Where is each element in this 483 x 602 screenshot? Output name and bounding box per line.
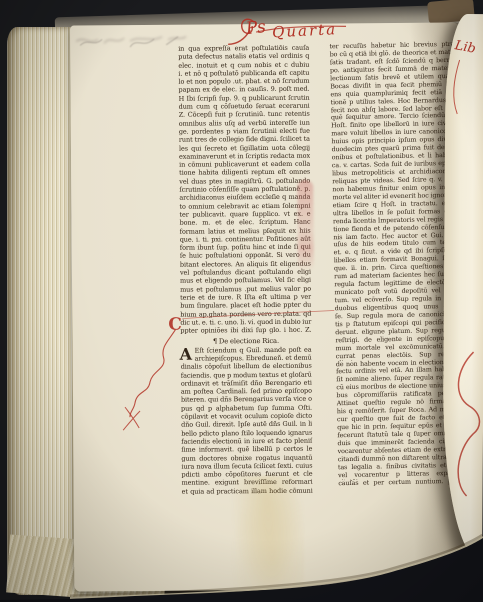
ink-offset-smudge (297, 180, 314, 272)
curled-next-leaf: Lib (442, 14, 483, 562)
leaf-red-flourish (442, 14, 483, 562)
book-page: Ps Quarta in qua expreſſa erat poſtulati… (70, 22, 466, 591)
book-photograph: Ps Quarta in qua expreſſa erat poſtulati… (0, 0, 483, 602)
page-stain (230, 476, 305, 592)
margin-initial-rubric: C (168, 317, 182, 333)
running-title-prefix: Ps (245, 17, 267, 39)
paragraph-2-lines: Eſt ſciendum q Guil. mande poſt eaarchie… (181, 345, 313, 495)
faded-inscription-strokes (70, 25, 190, 56)
text-line: bum ſingulare. placet eſt hodie ppter du (180, 301, 311, 310)
running-title-text: Quarta (272, 20, 338, 41)
dropcap-initial: A (180, 347, 193, 361)
paragraph-1: in qua expreſſa erat poſtulatiōis cauſap… (178, 44, 311, 335)
leaf-edge-label: Lib (453, 38, 476, 57)
text-line: ppter opiniōes ibi dixi ſup glo. i hoc. … (180, 326, 311, 335)
text-column-left: in qua expreſſa erat poſtulatiōis cauſap… (178, 44, 313, 496)
paragraph-2: A Eſt ſciendum q Guil. mande poſt eaarch… (181, 345, 313, 495)
